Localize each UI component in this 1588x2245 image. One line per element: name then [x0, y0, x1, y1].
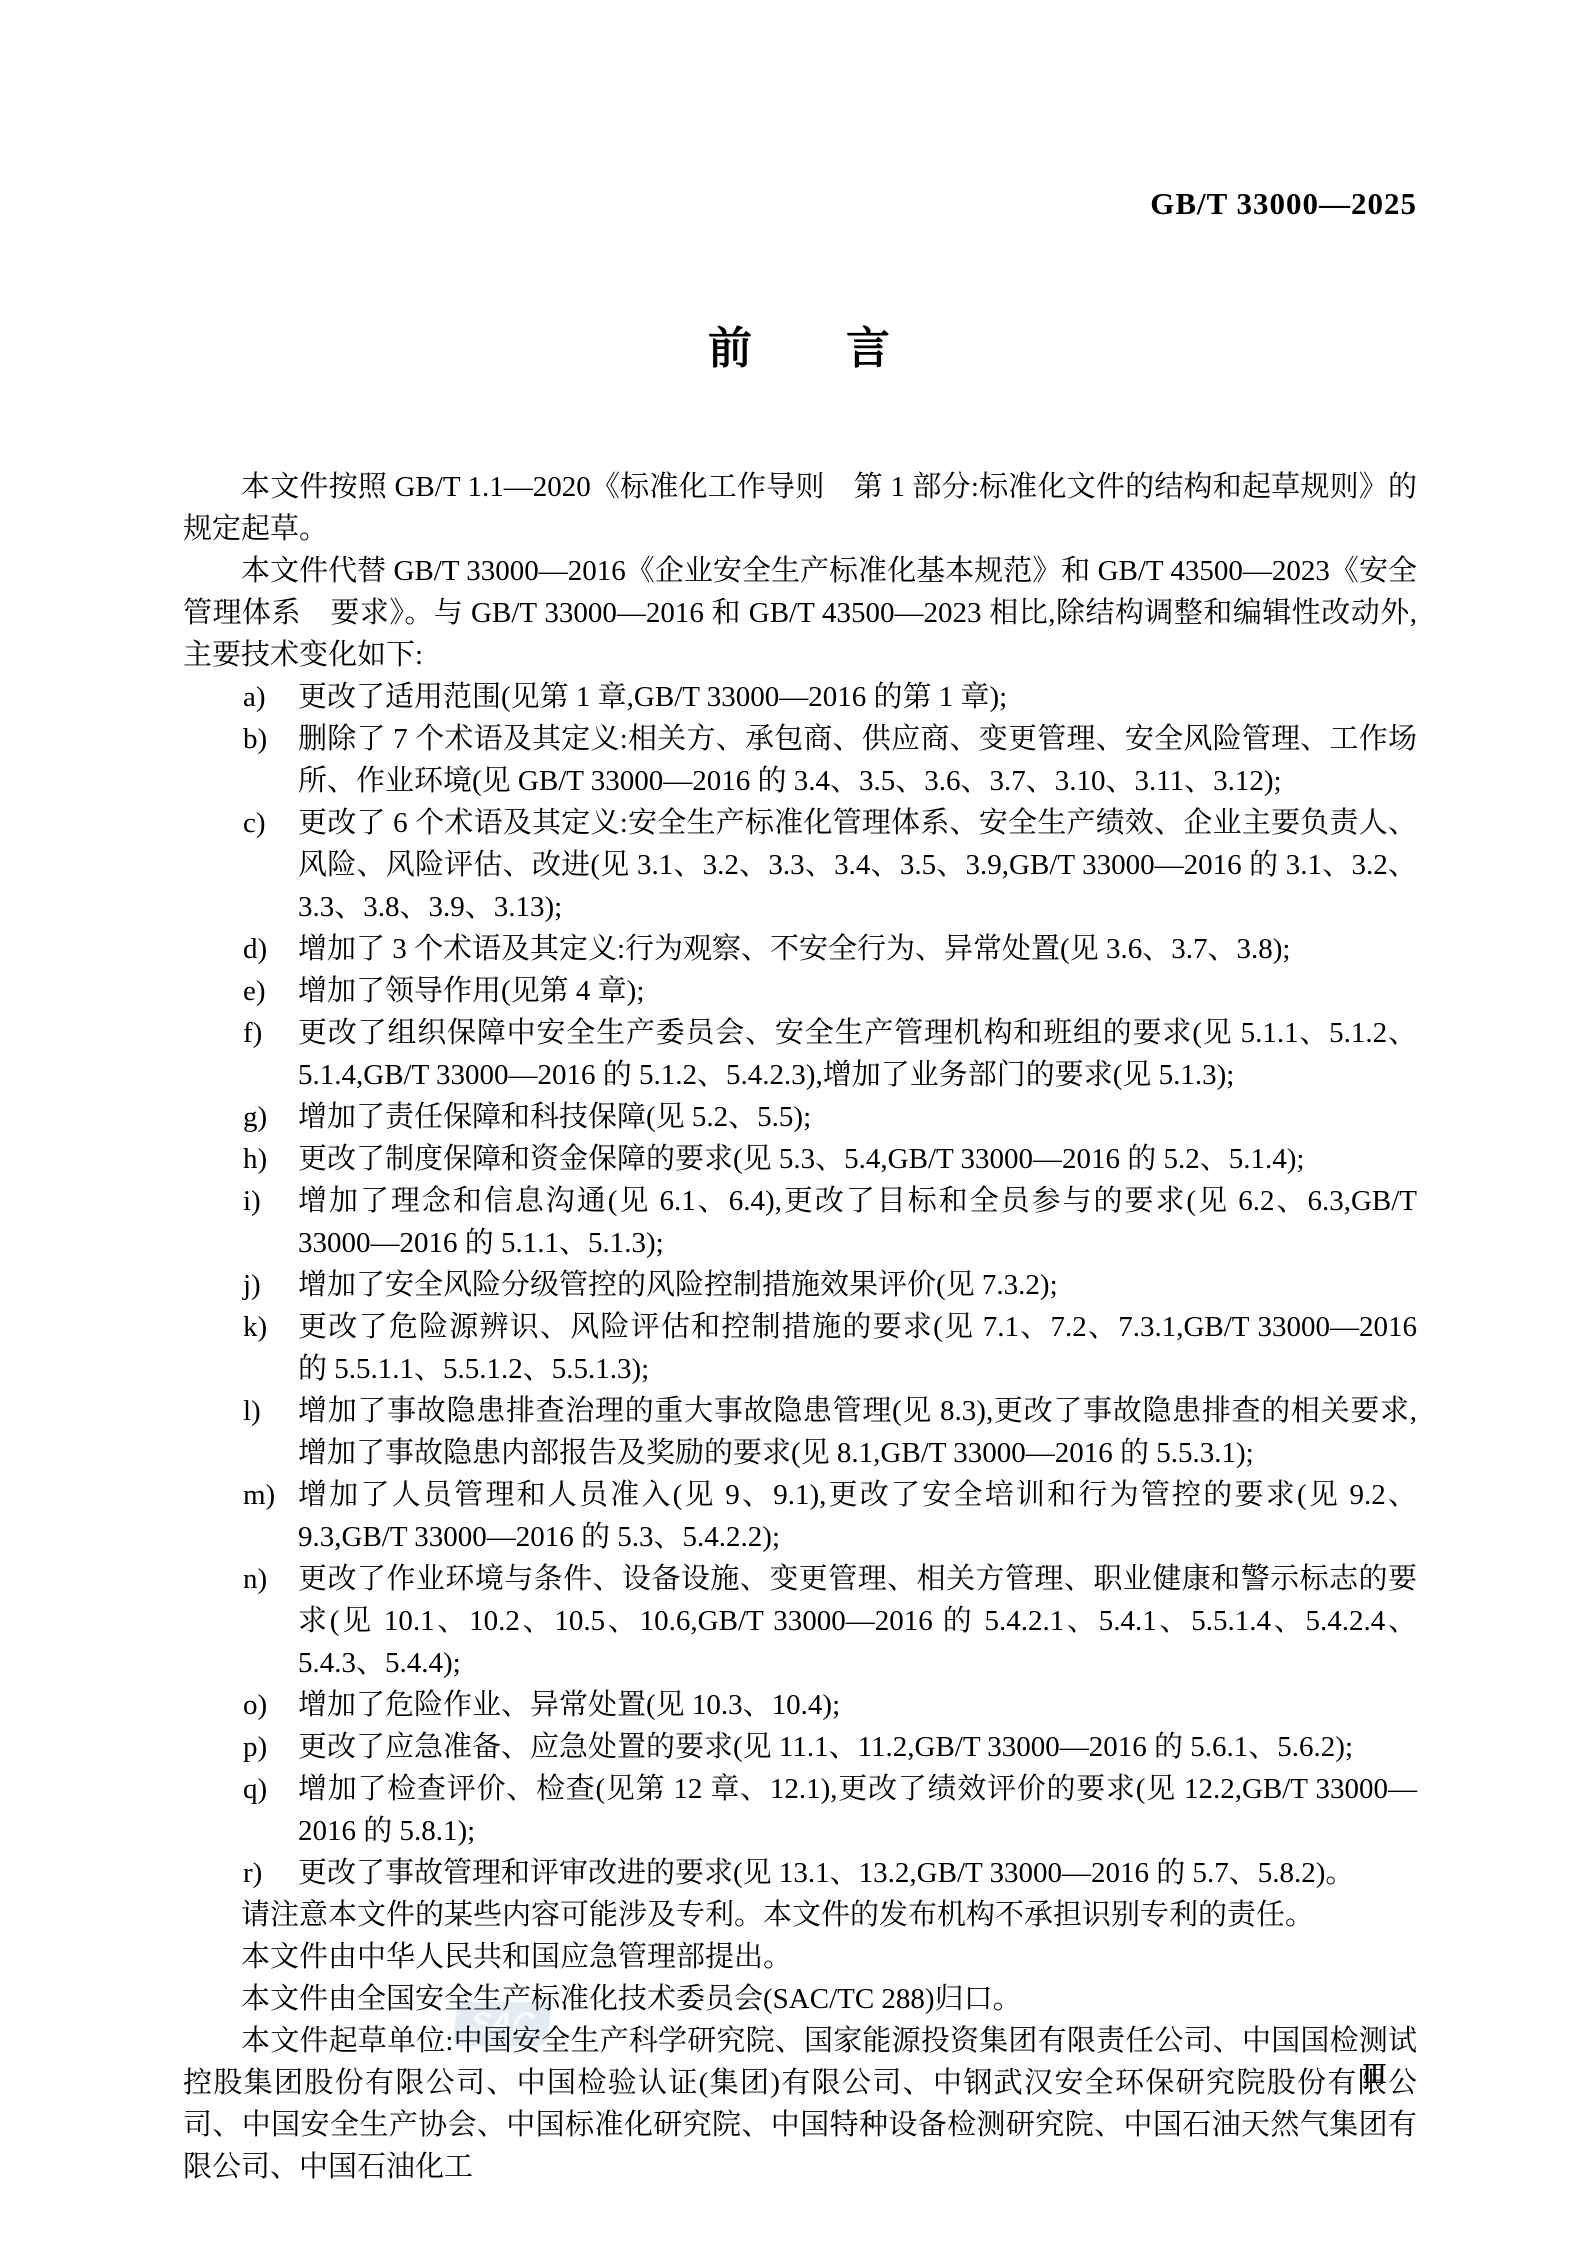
list-item-text: 更改了组织保障中安全生产委员会、安全生产管理机构和班组的要求(见 5.1.1、5…: [298, 1017, 1417, 1091]
list-item: p) 更改了应急准备、应急处置的要求(见 11.1、11.2,GB/T 3300…: [183, 1726, 1417, 1768]
list-item: r) 更改了事故管理和评审改进的要求(见 13.1、13.2,GB/T 3300…: [183, 1852, 1417, 1894]
list-item: l) 增加了事故隐患排查治理的重大事故隐患管理(见 8.3),更改了事故隐患排查…: [183, 1390, 1417, 1474]
list-item-label: j): [243, 1264, 298, 1306]
list-item: q) 增加了检查评价、检查(见第 12 章、12.1),更改了绩效评价的要求(见…: [183, 1768, 1417, 1852]
list-item: n) 更改了作业环境与条件、设备设施、变更管理、相关方管理、职业健康和警示标志的…: [183, 1558, 1417, 1684]
list-item-text: 增加了危险作业、异常处置(见 10.3、10.4);: [298, 1689, 840, 1721]
list-item: m) 增加了人员管理和人员准入(见 9、9.1),更改了安全培训和行为管控的要求…: [183, 1474, 1417, 1558]
list-item: j) 增加了安全风险分级管控的风险控制措施效果评价(见 7.3.2);: [183, 1264, 1417, 1306]
list-item-label: p): [243, 1726, 298, 1768]
closing-paragraph: 本文件由中华人民共和国应急管理部提出。: [183, 1936, 1417, 1978]
list-item-label: i): [243, 1180, 298, 1222]
list-item-label: f): [243, 1012, 298, 1054]
list-item: e) 增加了领导作用(见第 4 章);: [183, 970, 1417, 1012]
list-item-text: 增加了领导作用(见第 4 章);: [298, 975, 644, 1007]
list-item: i) 增加了理念和信息沟通(见 6.1、6.4),更改了目标和全员参与的要求(见…: [183, 1180, 1417, 1264]
list-item-label: g): [243, 1096, 298, 1138]
list-item: k) 更改了危险源辨识、风险评估和控制措施的要求(见 7.1、7.2、7.3.1…: [183, 1306, 1417, 1390]
page-title: 前 言: [183, 320, 1417, 378]
list-item-label: q): [243, 1768, 298, 1810]
list-item-label: l): [243, 1390, 298, 1432]
list-item-text: 增加了 3 个术语及其定义:行为观察、不安全行为、异常处置(见 3.6、3.7、…: [298, 933, 1290, 965]
list-item-label: n): [243, 1558, 298, 1600]
list-item-text: 增加了事故隐患排查治理的重大事故隐患管理(见 8.3),更改了事故隐患排查的相关…: [298, 1395, 1417, 1469]
list-item: c) 更改了 6 个术语及其定义:安全生产标准化管理体系、安全生产绩效、企业主要…: [183, 802, 1417, 928]
list-item-text: 增加了理念和信息沟通(见 6.1、6.4),更改了目标和全员参与的要求(见 6.…: [298, 1185, 1417, 1259]
list-item-label: o): [243, 1684, 298, 1726]
list-item: h) 更改了制度保障和资金保障的要求(见 5.3、5.4,GB/T 33000—…: [183, 1138, 1417, 1180]
list-item-label: d): [243, 928, 298, 970]
list-item: d) 增加了 3 个术语及其定义:行为观察、不安全行为、异常处置(见 3.6、3…: [183, 928, 1417, 970]
closing-paragraph: 本文件起草单位:中国安全生产科学研究院、国家能源投资集团有限责任公司、中国国检测…: [183, 2020, 1417, 2188]
list-item-text: 增加了责任保障和科技保障(见 5.2、5.5);: [298, 1101, 811, 1133]
list-item: a) 更改了适用范围(见第 1 章,GB/T 33000—2016 的第 1 章…: [183, 676, 1417, 718]
list-item-text: 增加了安全风险分级管控的风险控制措施效果评价(见 7.3.2);: [298, 1269, 1058, 1301]
list-item-text: 更改了作业环境与条件、设备设施、变更管理、相关方管理、职业健康和警示标志的要求(…: [298, 1563, 1417, 1679]
list-item-label: m): [243, 1474, 298, 1516]
doc-number: GB/T 33000—2025: [1150, 186, 1417, 222]
changes-list: a) 更改了适用范围(见第 1 章,GB/T 33000—2016 的第 1 章…: [183, 676, 1417, 1894]
list-item-label: r): [243, 1852, 298, 1894]
list-item: f) 更改了组织保障中安全生产委员会、安全生产管理机构和班组的要求(见 5.1.…: [183, 1012, 1417, 1096]
intro-paragraph: 本文件按照 GB/T 1.1—2020《标准化工作导则 第 1 部分:标准化文件…: [183, 466, 1417, 550]
list-item: g) 增加了责任保障和科技保障(见 5.2、5.5);: [183, 1096, 1417, 1138]
list-item-label: b): [243, 718, 298, 760]
list-item: o) 增加了危险作业、异常处置(见 10.3、10.4);: [183, 1684, 1417, 1726]
page-content: 前 言 本文件按照 GB/T 1.1—2020《标准化工作导则 第 1 部分:标…: [183, 0, 1417, 2188]
list-item-label: k): [243, 1306, 298, 1348]
list-item-text: 更改了适用范围(见第 1 章,GB/T 33000—2016 的第 1 章);: [298, 681, 1007, 713]
list-item-label: c): [243, 802, 298, 844]
closing-paragraph: 本文件由全国安全生产标准化技术委员会(SAC/TC 288)归口。: [183, 1978, 1417, 2020]
list-item-text: 更改了应急准备、应急处置的要求(见 11.1、11.2,GB/T 33000—2…: [298, 1731, 1353, 1763]
list-item: b) 删除了 7 个术语及其定义:相关方、承包商、供应商、变更管理、安全风险管理…: [183, 718, 1417, 802]
page-number: Ⅲ: [1362, 2060, 1387, 2090]
list-item-text: 更改了 6 个术语及其定义:安全生产标准化管理体系、安全生产绩效、企业主要负责人…: [298, 807, 1417, 923]
list-item-text: 增加了检查评价、检查(见第 12 章、12.1),更改了绩效评价的要求(见 12…: [298, 1773, 1417, 1847]
list-item-text: 更改了危险源辨识、风险评估和控制措施的要求(见 7.1、7.2、7.3.1,GB…: [298, 1311, 1417, 1385]
list-item-text: 更改了事故管理和评审改进的要求(见 13.1、13.2,GB/T 33000—2…: [298, 1857, 1354, 1889]
closing-paragraph: 请注意本文件的某些内容可能涉及专利。本文件的发布机构不承担识别专利的责任。: [183, 1894, 1417, 1936]
foreword-body: 本文件按照 GB/T 1.1—2020《标准化工作导则 第 1 部分:标准化文件…: [183, 466, 1417, 2188]
list-item-label: e): [243, 970, 298, 1012]
list-item-text: 删除了 7 个术语及其定义:相关方、承包商、供应商、变更管理、安全风险管理、工作…: [298, 723, 1417, 797]
list-item-label: a): [243, 676, 298, 718]
list-item-text: 更改了制度保障和资金保障的要求(见 5.3、5.4,GB/T 33000—201…: [298, 1143, 1304, 1175]
list-item-label: h): [243, 1138, 298, 1180]
intro-paragraph: 本文件代替 GB/T 33000—2016《企业安全生产标准化基本规范》和 GB…: [183, 550, 1417, 676]
list-item-text: 增加了人员管理和人员准入(见 9、9.1),更改了安全培训和行为管控的要求(见 …: [298, 1479, 1417, 1553]
document-page: SAC GB/T 33000—2025 前 言 本文件按照 GB/T 1.1—2…: [0, 0, 1588, 2245]
